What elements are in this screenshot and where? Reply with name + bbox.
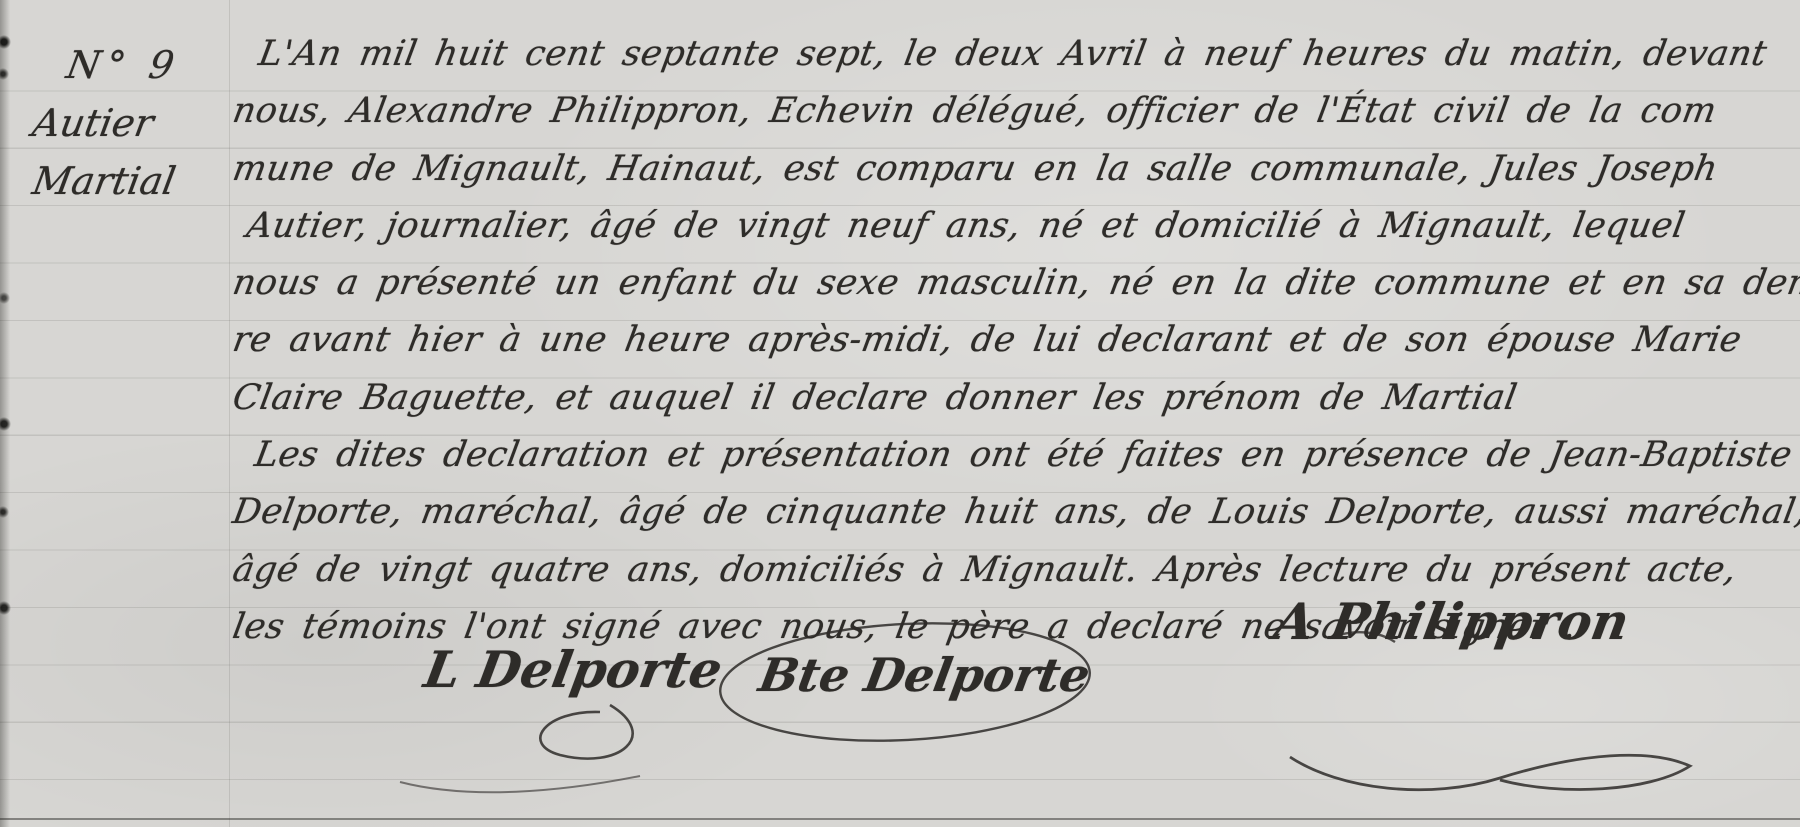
record-body-text: L'An mil huit cent septante sept, le deu… bbox=[228, 26, 1800, 656]
margin-annotation: N° 9 Autier Martial bbox=[28, 36, 228, 210]
record-line-8: Les dites declaration et présentation on… bbox=[228, 427, 1800, 484]
margin-surname: Autier bbox=[28, 94, 228, 152]
record-line-7: Claire Baguette, et auquel il declare do… bbox=[228, 370, 1800, 427]
record-line-6: re avant hier à une heure après-midi, de… bbox=[228, 312, 1800, 369]
bottom-ruling-line bbox=[0, 818, 1800, 820]
signature-witness-2: Bte Delporte bbox=[755, 648, 1085, 702]
signature-underline-left bbox=[400, 776, 640, 792]
record-line-5: nous a présenté un enfant du sexe mascul… bbox=[228, 255, 1800, 312]
signature-paraph-officer bbox=[1290, 755, 1690, 789]
record-line-10: âgé de vingt quatre ans, domiciliés à Mi… bbox=[228, 542, 1800, 599]
record-line-1: L'An mil huit cent septante sept, le deu… bbox=[228, 26, 1800, 83]
margin-given-name: Martial bbox=[28, 152, 228, 210]
document-page: N° 9 Autier Martial L'An mil huit cent s… bbox=[0, 0, 1800, 827]
scan-edge-artifacts bbox=[0, 0, 12, 827]
signature-officer: A Philippron bbox=[1270, 592, 1623, 651]
signature-tail-left bbox=[540, 705, 632, 759]
record-line-4: Autier, journalier, âgé de vingt neuf an… bbox=[228, 198, 1800, 255]
record-line-2: nous, Alexandre Philippron, Echevin délé… bbox=[228, 83, 1800, 140]
act-number: N° 9 bbox=[28, 36, 228, 94]
record-line-9: Delporte, maréchal, âgé de cinquante hui… bbox=[228, 484, 1800, 541]
record-line-3: mune de Mignault, Hainaut, est comparu e… bbox=[228, 141, 1800, 198]
signature-witness-1: L Delporte bbox=[420, 640, 716, 699]
